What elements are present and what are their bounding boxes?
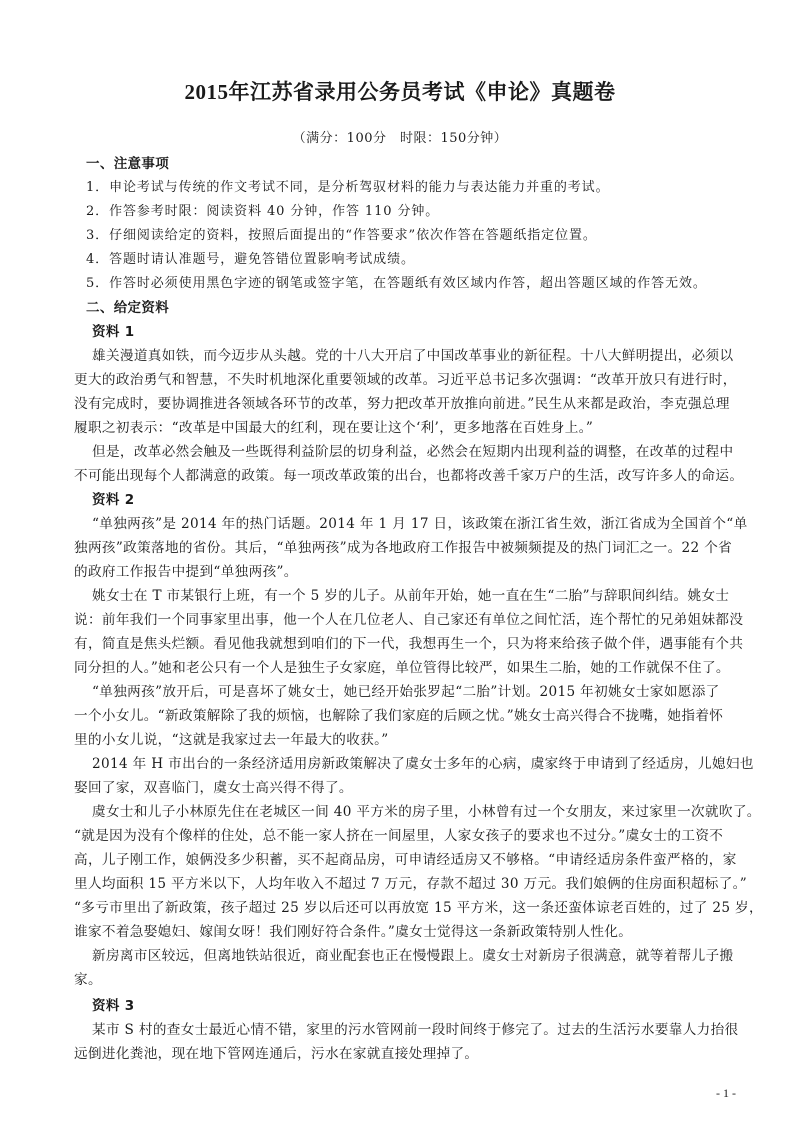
material-3-line: 某市 S 村的查女士最近心情不错，家里的污水管网前一段时间终于修完了。过去的生活…: [92, 1018, 772, 1042]
notice-heading: 一、注意事项: [86, 152, 766, 176]
material-2-line: “单独两孩”是 2014 年的热门话题。2014 年 1 月 17 日，该政策在…: [92, 512, 772, 536]
material-2-line: 娶回了家，双喜临门，虞女士高兴得不得了。: [74, 776, 754, 800]
material-2-line: “就是因为没有个像样的住处，总不能一家人挤在一间屋里，人家女孩子的要求也不过分。…: [74, 824, 754, 848]
material-1-line: 履职之初表示：“改革是中国最大的红利，现在要让这个‘利’，更多地落在百姓身上。”: [74, 416, 754, 440]
material-1-label: 资料 1: [92, 320, 772, 344]
material-2-line: 同分担的人。”她和老公只有一个人是独生子女家庭，单位管得比较严，如果生二胎，她的…: [74, 656, 754, 680]
material-2-line: 2014 年 H 市出台的一条经济适用房新政策解决了虞女士多年的心病，虞家终于申…: [92, 752, 772, 776]
material-2-line: 有，简直是焦头烂额。看见他我就想到咱们的下一代，我想再生一个，只为将来给孩子做个…: [74, 632, 754, 656]
material-2-line: 的政府工作报告中提到“单独两孩”。: [74, 560, 754, 584]
material-2-line: 一个小女儿。“新政策解除了我的烦恼，也解除了我们家庭的后顾之忧。”姚女士高兴得合…: [74, 704, 754, 728]
material-3-label: 资料 3: [92, 994, 772, 1018]
material-2-line: 姚女士在 T 市某银行上班，有一个 5 岁的儿子。从前年开始，她一直在生“二胎”…: [92, 584, 772, 608]
material-3-line: 远倒进化粪池，现在地下管网连通后，污水在家就直接处理掉了。: [74, 1042, 754, 1066]
material-2-line: “多亏市里出了新政策，孩子超过 25 岁以后还可以再放宽 15 平方米，这一条还…: [74, 896, 754, 920]
material-2-line: “单独两孩”放开后，可是喜坏了姚女士，她已经开始张罗起“二胎”计划。2015 年…: [92, 680, 772, 704]
material-2-line: 谁家不着急娶媳妇、嫁闺女呀！我们刚好符合条件。”虞女士觉得这一条新政策特别人性化…: [74, 920, 754, 944]
notice-item: 2．作答参考时限：阅读资料 40 分钟，作答 110 分钟。: [86, 200, 766, 224]
material-1-line: 雄关漫道真如铁，而今迈步从头越。党的十八大开启了中国改革事业的新征程。十八大鲜明…: [92, 344, 772, 368]
material-2-line: 虞女士和儿子小林原先住在老城区一间 40 平方米的房子里，小林曾有过一个女朋友，…: [92, 800, 772, 824]
materials-heading: 二、给定资料: [86, 296, 766, 320]
material-2-line: 新房离市区较远，但离地铁站很近，商业配套也正在慢慢跟上。虞女士对新房子很满意，就…: [92, 944, 772, 968]
material-2-line: 里人均面积 15 平方米以下，人均年收入不超过 7 万元，存款不超过 30 万元…: [74, 872, 754, 896]
document-subtitle: （满分：100分 时限：150分钟）: [0, 127, 800, 146]
notice-item: 3．仔细阅读给定的资料，按照后面提出的“作答要求”依次作答在答题纸指定位置。: [86, 224, 766, 248]
material-2-line: 高，儿子刚工作，娘俩没多少积蓄，买不起商品房，可申请经适房又不够格。“申请经适房…: [74, 848, 754, 872]
material-1-line: 不可能出现每个人都满意的政策。每一项改革政策的出台，也都将改善千家万户的生活，改…: [74, 464, 754, 488]
notice-item: 5．作答时必须使用黑色字迹的钢笔或签字笔，在答题纸有效区域内作答，超出答题区域的…: [86, 272, 766, 296]
material-2-line: 家。: [74, 968, 754, 992]
exam-page: 2015年江苏省录用公务员考试《申论》真题卷 （满分：100分 时限：150分钟…: [0, 0, 800, 1131]
notice-item: 4．答题时请认准题号，避免答错位置影响考试成绩。: [86, 248, 766, 272]
material-1-line: 没有完成时，要协调推进各领域各环节的改革，努力把改革开放推向前进。”民生从来都是…: [74, 392, 754, 416]
notice-item: 1．申论考试与传统的作文考试不同，是分析驾驭材料的能力与表达能力并重的考试。: [86, 176, 766, 200]
material-1-line: 但是，改革必然会触及一些既得利益阶层的切身利益，必然会在短期内出现利益的调整，在…: [92, 440, 772, 464]
material-2-line: 独两孩”政策落地的省份。其后，“单独两孩”成为各地政府工作报告中被频频提及的热门…: [74, 536, 754, 560]
material-1-line: 更大的政治勇气和智慧，不失时机地深化重要领域的改革。习近平总书记多次强调：“改革…: [74, 368, 754, 392]
material-2-label: 资料 2: [92, 488, 772, 512]
document-title: 2015年江苏省录用公务员考试《申论》真题卷: [0, 76, 800, 106]
page-number: - 1 -: [716, 1086, 736, 1101]
material-2-line: 里的小女儿说，“这就是我家过去一年最大的收获。”: [74, 728, 754, 752]
material-2-line: 说：前年我们一个同事家里出事，他一个人在几位老人、自己家还有单位之间忙活，连个帮…: [74, 608, 754, 632]
